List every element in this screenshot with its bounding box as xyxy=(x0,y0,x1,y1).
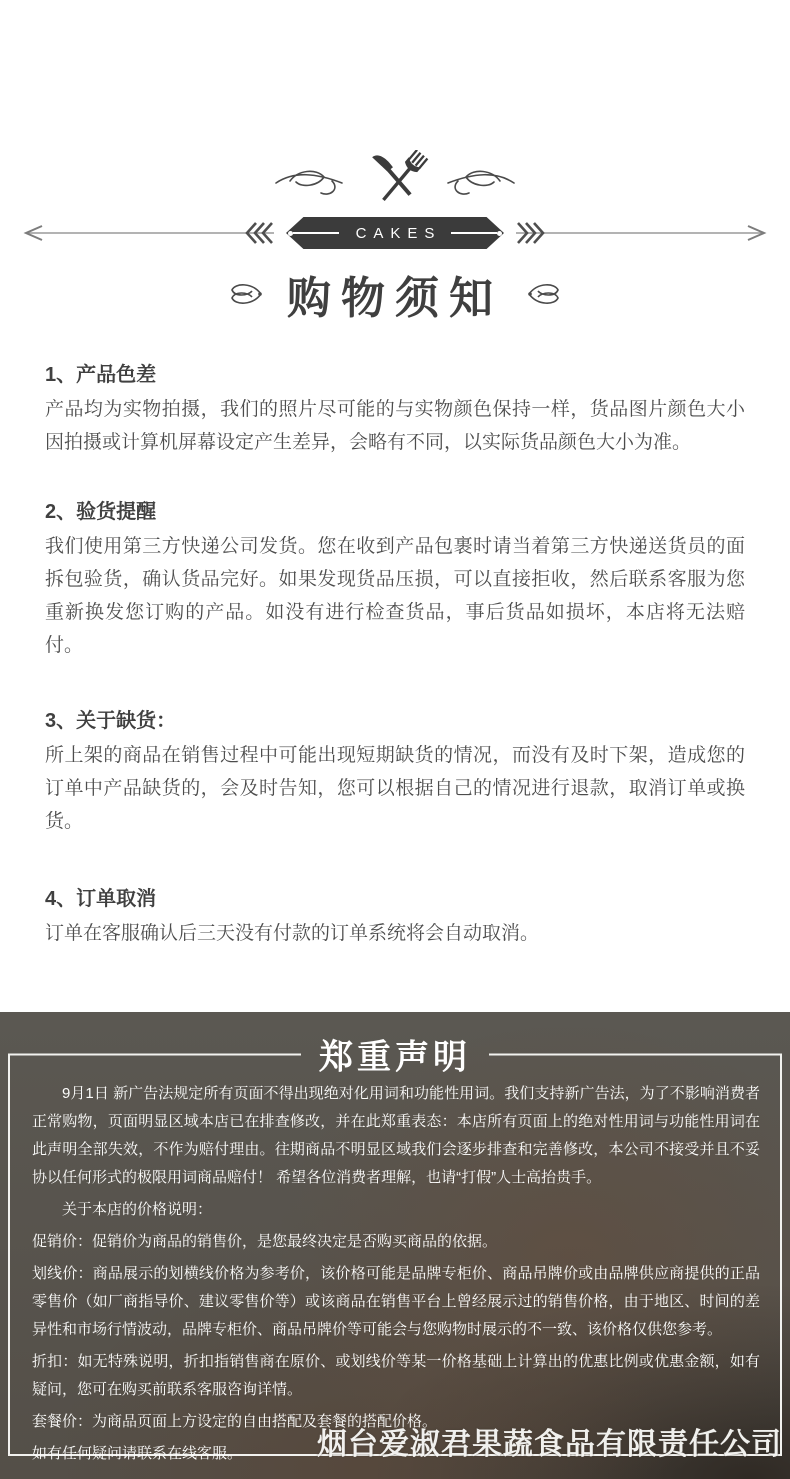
section-heading: 1、产品色差 xyxy=(45,358,745,387)
section-heading: 3、关于缺货： xyxy=(45,704,745,733)
title-line-right xyxy=(489,1053,782,1055)
divider-row: CAKES xyxy=(0,216,790,250)
notice-section-inspection: 2、验货提醒 我们使用第三方快递公司发货。您在收到产品包裹时请当着第三方快递送货… xyxy=(45,495,745,662)
product-notice-page: CAKES xyxy=(0,0,790,1479)
company-name-watermark: 烟台爱淑君果蔬食品有限责任公司 xyxy=(317,1419,782,1463)
section-heading: 2、验货提醒 xyxy=(45,495,745,524)
notice-section-out-of-stock: 3、关于缺货： 所上架的商品在销售过程中可能出现短期缺货的情况，而没有及时下架，… xyxy=(45,704,745,838)
cakes-ribbon: CAKES xyxy=(286,217,504,249)
solemn-declaration-section: 郑重声明 9月1日 新广告法规定所有页面不得出现绝对化用词和功能性用词。我们支持… xyxy=(0,1012,790,1479)
notice-body: 1、产品色差 产品均为实物拍摄，我们的照片尽可能的与实物颜色保持一样，货品图片颜… xyxy=(0,358,790,950)
shopping-notice-section: CAKES xyxy=(0,0,790,1012)
notice-section-order-cancel: 4、订单取消 订单在客服确认后三天没有付款的订单系统将会自动取消。 xyxy=(45,882,745,950)
declaration-title-row: 郑重声明 xyxy=(8,1030,782,1079)
notice-section-color-difference: 1、产品色差 产品均为实物拍摄，我们的照片尽可能的与实物颜色保持一样，货品图片颜… xyxy=(45,358,745,459)
declaration-title: 郑重声明 xyxy=(301,1030,489,1079)
arrow-left-divider-icon xyxy=(10,217,286,249)
ribbon-label: CAKES xyxy=(349,225,442,242)
ornament-right-icon xyxy=(525,280,563,308)
declaration-paragraph: 促销价：促销价为商品的销售价，是您最终决定是否购买商品的依据。 xyxy=(32,1228,760,1256)
section-body: 所上架的商品在销售过程中可能出现短期缺货的情况，而没有及时下架，造成您的订单中产… xyxy=(45,739,745,838)
declaration-text: 9月1日 新广告法规定所有页面不得出现绝对化用词和功能性用词。我们支持新广告法，… xyxy=(10,1054,780,1468)
section-body: 订单在客服确认后三天没有付款的订单系统将会自动取消。 xyxy=(45,917,745,950)
page-title: 购物须知 xyxy=(287,262,503,326)
declaration-paragraph: 9月1日 新广告法规定所有页面不得出现绝对化用词和功能性用词。我们支持新广告法，… xyxy=(32,1080,760,1192)
section-heading: 4、订单取消 xyxy=(45,882,745,911)
ribbon-right-deco xyxy=(451,231,502,236)
knife-fork-icon xyxy=(270,150,520,212)
declaration-paragraph: 折扣：如无特殊说明，折扣指销售商在原价、或划线价等某一价格基础上计算出的优惠比例… xyxy=(32,1348,760,1404)
section-body: 产品均为实物拍摄，我们的照片尽可能的与实物颜色保持一样，货品图片颜色大小因拍摄或… xyxy=(45,393,745,459)
section-body: 我们使用第三方快递公司发货。您在收到产品包裹时请当着第三方快递送货员的面拆包验货… xyxy=(45,530,745,662)
banner: CAKES xyxy=(0,0,790,326)
declaration-box: 郑重声明 9月1日 新广告法规定所有页面不得出现绝对化用词和功能性用词。我们支持… xyxy=(8,1054,782,1456)
arrow-right-divider-icon xyxy=(504,217,780,249)
title-line-left xyxy=(8,1053,301,1055)
ribbon-left-deco xyxy=(288,231,339,236)
declaration-paragraph: 关于本店的价格说明： xyxy=(32,1196,760,1224)
ornament-left-icon xyxy=(227,280,265,308)
title-row: 购物须知 xyxy=(0,262,790,326)
declaration-paragraph: 划线价：商品展示的划横线价格为参考价，该价格可能是品牌专柜价、商品吊牌价或由品牌… xyxy=(32,1260,760,1344)
